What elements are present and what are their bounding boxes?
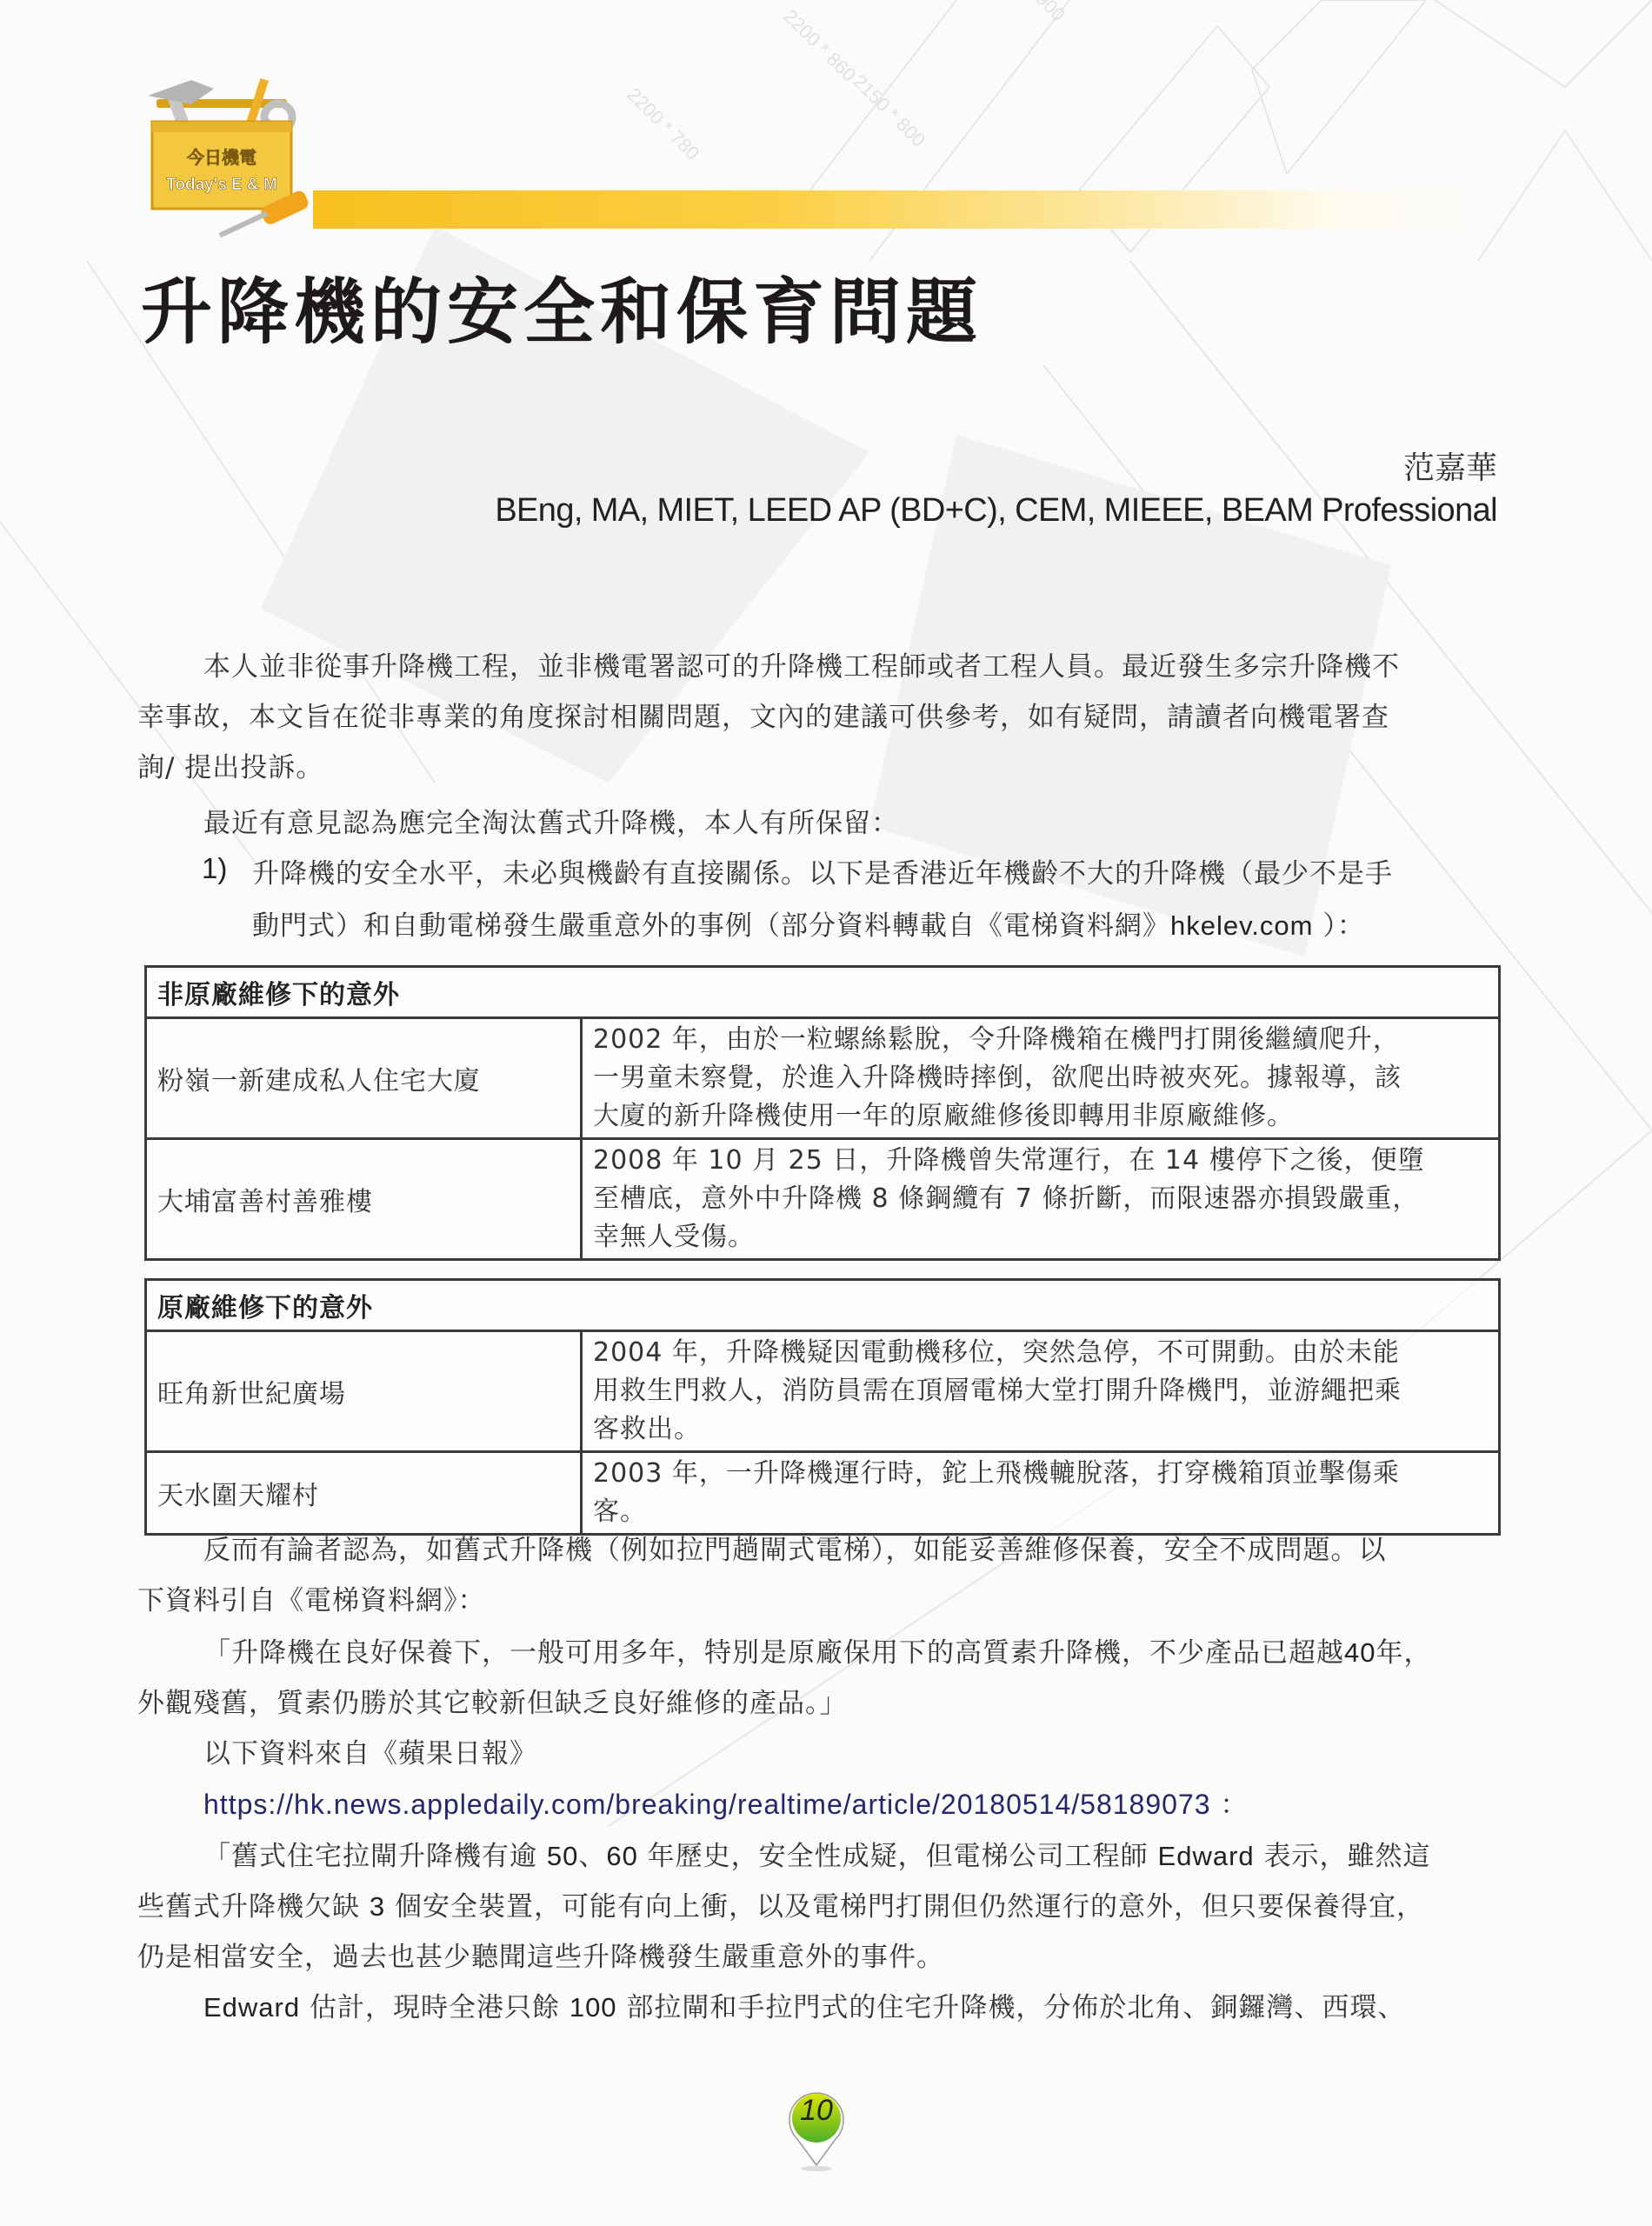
description-line: 至槽底，意外中升降機 8 條鋼纜有 7 條折斷，而限速器亦損毀嚴重， — [593, 1180, 1488, 1218]
source-appledaily: 以下資料來自《蘋果日報》 — [137, 1729, 1495, 1779]
quote-text: 「舊式住宅拉閘升降機有逾 — [203, 1841, 547, 1872]
url-suffix: ： — [1211, 1789, 1249, 1821]
body-text: 估計，現時全港只餘 — [300, 1992, 570, 2023]
intro-line-3: 詢/ 提出投訴。 — [137, 743, 1495, 793]
author-credentials: BEng, MA, MIET, LEED AP (BD+C), CEM, MIE… — [495, 492, 1497, 530]
quote-number: 40 — [1344, 1637, 1376, 1668]
quote-number: 50 — [547, 1841, 578, 1871]
quote-text: 「升降機在良好保養下，一般可用多年，特別是原廠保用下的高質素升降機，不少產品已超… — [203, 1637, 1344, 1669]
table-row: 大埔富善村善雅樓 2008 年 10 月 25 日，升降機曾失常運行，在 14 … — [146, 1139, 1500, 1260]
list-item-text: 動門式）和自動電梯發生嚴重意外的事例（部分資料轉載自《電梯資料網》 — [252, 910, 1170, 942]
location-cell: 大埔富善村善雅樓 — [146, 1139, 582, 1260]
description-line: 用救生門救人，消防員需在頂層電梯大堂打開升降機門，並游繩把乘 — [593, 1372, 1488, 1410]
header-banner — [313, 190, 1478, 229]
list-item-suffix: ）： — [1314, 910, 1365, 942]
list-item-line-2: 動門式）和自動電梯發生嚴重意外的事例（部分資料轉載自《電梯資料網》hkelev.… — [252, 901, 1504, 951]
description-line: 2003 年，一升降機運行時，鉈上飛機轆脫落，打穿機箱頂並擊傷乘 — [593, 1455, 1488, 1493]
url-line: https://hk.news.appledaily.com/breaking/… — [137, 1779, 1495, 1830]
quote-text: 年， — [1376, 1637, 1431, 1669]
table-header: 原廠維修下的意外 — [146, 1280, 1500, 1331]
quote1-line-2: 外觀殘舊，質素仍勝於其它較新但缺乏良好維修的產品。」 — [137, 1678, 1495, 1729]
author-name: 范嘉華 — [1403, 443, 1497, 488]
description-cell: 2008 年 10 月 25 日，升降機曾失常運行，在 14 樓停下之後，便墮 … — [582, 1139, 1500, 1260]
incident-table-non-oem: 非原廠維修下的意外 粉嶺一新建成私人住宅大廈 2002 年，由於一粒螺絲鬆脫，令… — [144, 965, 1501, 1261]
quote-text: 、 — [578, 1841, 606, 1872]
article-link[interactable]: https://hk.news.appledaily.com/breaking/… — [203, 1789, 1211, 1820]
body-text: 部拉閘和手拉門式的住宅升降機，分佈於北角、銅鑼灣、西環、 — [617, 1992, 1406, 2023]
table-row: 天水圍天耀村 2003 年，一升降機運行時，鉈上飛機轆脫落，打穿機箱頂並擊傷乘 … — [146, 1452, 1500, 1535]
section-label-en: Today's E & M — [166, 176, 277, 194]
description-line: 幸無人受傷。 — [593, 1218, 1488, 1256]
table-row: 旺角新世紀廣場 2004 年，升降機疑因電動機移位，突然急停，不可開動。由於未能… — [146, 1331, 1500, 1452]
section-label-zh: 今日機電 — [187, 147, 256, 168]
person-name: Edward — [203, 1992, 300, 2023]
edward-estimate-line: Edward 估計，現時全港只餘 100 部拉閘和手拉門式的住宅升降機，分佈於北… — [137, 1983, 1495, 2033]
description-line: 2008 年 10 月 25 日，升降機曾失常運行，在 14 樓停下之後，便墮 — [593, 1142, 1488, 1180]
quote-text: 表示，雖然這 — [1255, 1841, 1431, 1872]
location-cell: 天水圍天耀村 — [146, 1452, 582, 1535]
counter-line-2: 下資料引自《電梯資料網》： — [137, 1576, 1495, 1626]
description-line: 2002 年，由於一粒螺絲鬆脫，令升降機箱在機門打開後繼續爬升， — [593, 1021, 1488, 1059]
quote1-line-1: 「升降機在良好保養下，一般可用多年，特別是原廠保用下的高質素升降機，不少產品已超… — [137, 1628, 1495, 1678]
counter-line-1: 反而有論者認為，如舊式升降機（例如拉門趟閘式電梯），如能妥善維修保養，安全不成問… — [137, 1525, 1495, 1576]
quote-number: 60 — [606, 1841, 637, 1871]
source-site: hkelev.com — [1170, 910, 1314, 941]
person-name: Edward — [1158, 1841, 1255, 1871]
quote-text: 些舊式升降機欠缺 — [137, 1891, 370, 1923]
quote2-line-1: 「舊式住宅拉閘升降機有逾 50、60 年歷史，安全性成疑，但電梯公司工程師 Ed… — [137, 1831, 1495, 1882]
description-line: 一男童未察覺，於進入升降機時摔倒，欲爬出時被夾死。據報導，該 — [593, 1059, 1488, 1097]
quote2-line-3: 仍是相當安全，過去也甚少聽聞這些升降機發生嚴重意外的事件。 — [137, 1932, 1495, 1983]
description-cell: 2002 年，由於一粒螺絲鬆脫，令升降機箱在機門打開後繼續爬升， 一男童未察覺，… — [582, 1018, 1500, 1139]
location-cell: 旺角新世紀廣場 — [146, 1331, 582, 1452]
description-line: 2004 年，升降機疑因電動機移位，突然急停，不可開動。由於未能 — [593, 1334, 1488, 1372]
description-cell: 2003 年，一升降機運行時，鉈上飛機轆脫落，打穿機箱頂並擊傷乘 客。 — [582, 1452, 1500, 1535]
page-number: 10 — [785, 2094, 848, 2128]
description-line: 客救出。 — [593, 1410, 1488, 1449]
intro-line-2: 幸事故，本文旨在從非專業的角度探討相關問題，文內的建議可供參考，如有疑問，請讀者… — [137, 692, 1495, 743]
article-title: 升降機的安全和保育問題 — [141, 277, 983, 348]
incident-table-oem: 原廠維修下的意外 旺角新世紀廣場 2004 年，升降機疑因電動機移位，突然急停，… — [144, 1278, 1501, 1536]
quote-number: 3 — [370, 1891, 385, 1922]
table-row: 粉嶺一新建成私人住宅大廈 2002 年，由於一粒螺絲鬆脫，令升降機箱在機門打開後… — [146, 1018, 1500, 1139]
quote-text: 個安全裝置，可能有向上衝，以及電梯門打開但仍然運行的意外，但只要保養得宜， — [385, 1891, 1424, 1923]
intro-line-1: 本人並非從事升降機工程，並非機電署認可的升降機工程師或者工程人員。最近發生多宗升… — [137, 642, 1495, 692]
list-number: 1) — [202, 852, 227, 885]
quote-text: 年歷史，安全性成疑，但電梯公司工程師 — [638, 1841, 1158, 1872]
reservation-paragraph: 最近有意見認為應完全淘汰舊式升降機，本人有所保留： — [137, 798, 1495, 849]
table-header: 非原廠維修下的意外 — [146, 967, 1500, 1018]
location-cell: 粉嶺一新建成私人住宅大廈 — [146, 1018, 582, 1139]
description-cell: 2004 年，升降機疑因電動機移位，突然急停，不可開動。由於未能 用救生門救人，… — [582, 1331, 1500, 1452]
description-line: 大廈的新升降機使用一年的原廠維修後即轉用非原廠維修。 — [593, 1097, 1488, 1136]
count-number: 100 — [570, 1992, 617, 2023]
quote2-line-2: 些舊式升降機欠缺 3 個安全裝置，可能有向上衝，以及電梯門打開但仍然運行的意外，… — [137, 1882, 1495, 1932]
list-item-line-1: 升降機的安全水平，未必與機齡有直接關係。以下是香港近年機齡不大的升降機（最少不是… — [252, 849, 1504, 899]
